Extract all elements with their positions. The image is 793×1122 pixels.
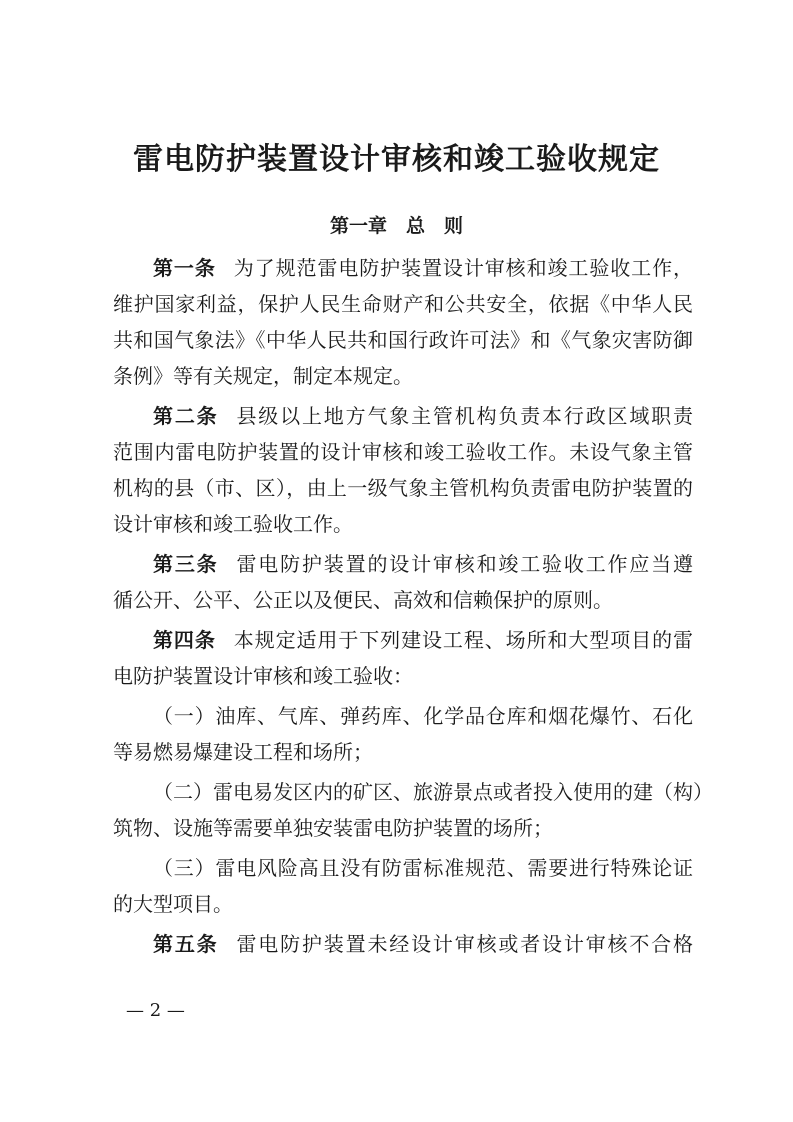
document-page: 雷电防护装置设计审核和竣工验收规定 第一章 总 则 第一条为了规范雷电防护装置设…	[0, 0, 793, 1122]
article-5-line-1: 第五条雷电防护装置未经设计审核或者设计审核不合格	[153, 926, 693, 962]
article-1-line-1: 第一条为了规范雷电防护装置设计审核和竣工验收工作，	[153, 250, 693, 286]
chapter-heading: 第一章 总 则	[0, 212, 793, 240]
article-label: 第一条	[153, 256, 216, 280]
article-2-line-3: 机构的县（市、区），由上一级气象主管机构负责雷电防护装置的	[113, 470, 693, 506]
article-4-item-1-line-2: 等易燃易爆建设工程和场所；	[113, 734, 693, 770]
article-4-item-2-line-1: （二）雷电易发区内的矿区、旅游景点或者投入使用的建（构）	[153, 774, 693, 810]
article-4-item-3-line-1: （三）雷电风险高且没有防雷标准规范、需要进行特殊论证	[153, 850, 693, 886]
article-4-item-3-line-2: 的大型项目。	[113, 886, 693, 922]
article-4-line-2: 电防护装置设计审核和竣工验收：	[113, 658, 693, 694]
article-2-line-2: 范围内雷电防护装置的设计审核和竣工验收工作。未设气象主管	[113, 434, 693, 470]
article-label: 第四条	[153, 628, 216, 652]
article-label: 第五条	[153, 932, 218, 956]
article-4-item-1-line-1: （一）油库、气库、弹药库、化学品仓库和烟花爆竹、石化	[153, 698, 693, 734]
article-1-line-4: 条例》等有关规定，制定本规定。	[113, 358, 693, 394]
page-number: — 2 —	[126, 1000, 185, 1021]
article-2-line-1: 第二条县级以上地方气象主管机构负责本行政区域职责	[153, 398, 693, 434]
article-2-line-4: 设计审核和竣工验收工作。	[113, 506, 693, 542]
document-title: 雷电防护装置设计审核和竣工验收规定	[0, 140, 793, 180]
article-4-item-2-line-2: 筑物、设施等需要单独安装雷电防护装置的场所；	[113, 810, 693, 846]
article-3-line-2: 循公开、公平、公正以及便民、高效和信赖保护的原则。	[113, 582, 693, 618]
article-1-line-3: 共和国气象法》《中华人民共和国行政许可法》和《气象灾害防御	[113, 322, 693, 358]
article-label: 第三条	[153, 552, 218, 576]
article-3-line-1: 第三条雷电防护装置的设计审核和竣工验收工作应当遵	[153, 546, 693, 582]
article-1-line-2: 维护国家利益，保护人民生命财产和公共安全，依据《中华人民	[113, 286, 693, 322]
article-label: 第二条	[153, 404, 218, 428]
article-4-line-1: 第四条本规定适用于下列建设工程、场所和大型项目的雷	[153, 622, 693, 658]
